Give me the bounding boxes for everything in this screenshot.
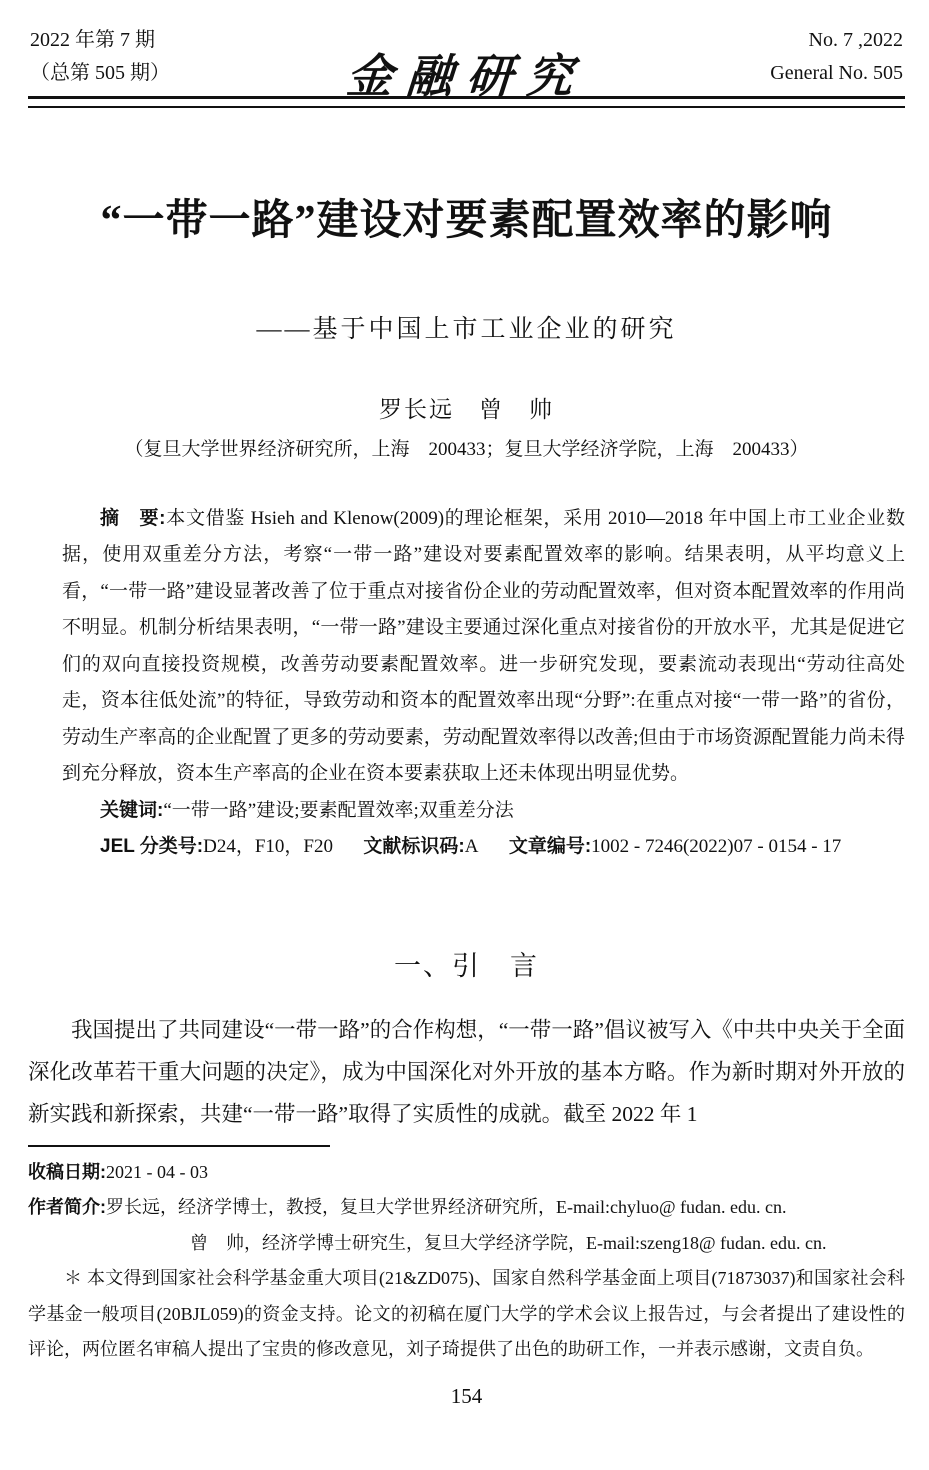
jel-label: JEL 分类号: xyxy=(100,836,203,857)
section-heading-introduction: 一、引 言 xyxy=(28,944,905,983)
abstract-paragraph: 摘 要:本文借鉴 Hsieh and Klenow(2009)的理论框架，采用 … xyxy=(62,501,905,793)
issue-general-number-en: General No. 505 xyxy=(770,57,903,90)
author-bio-label: 作者简介: xyxy=(28,1197,106,1217)
abstract-block: 摘 要:本文借鉴 Hsieh and Klenow(2009)的理论框架，采用 … xyxy=(62,501,905,866)
keywords-label: 关键词: xyxy=(100,800,163,821)
footnote-divider xyxy=(28,1145,330,1147)
article-title: “一带一路”建设对要素配置效率的影响 xyxy=(28,194,905,249)
footnote-area: 收稿日期:2021 - 04 - 03 作者简介:罗长远，经济学博士，教授，复旦… xyxy=(28,1145,905,1368)
introduction-body: 我国提出了共同建设“一带一路”的合作构想，“一带一路”倡议被写入《中共中央关于全… xyxy=(28,1009,905,1135)
funding-acknowledgement: ＊ 本文得到国家社会科学基金重大项目(21&ZD075)、国家自然科学基金面上项… xyxy=(28,1261,905,1368)
author-bio-line-2: 曾 帅，经济学博士研究生，复旦大学经济学院，E-mail:szeng18@ fu… xyxy=(28,1226,905,1262)
jel-line: JEL 分类号:D24，F10，F20文献标识码:A文章编号:1002 - 72… xyxy=(62,829,905,866)
author-bio-line-1: 作者简介:罗长远，经济学博士，教授，复旦大学世界经济研究所，E-mail:chy… xyxy=(28,1190,905,1226)
doc-code-label: 文献标识码: xyxy=(363,836,464,857)
received-date-label: 收稿日期: xyxy=(28,1162,106,1182)
article-no-value: 1002 - 7246(2022)07 - 0154 - 17 xyxy=(591,836,841,857)
article-no-label: 文章编号: xyxy=(509,836,591,857)
author-bio-text-1: 罗长远，经济学博士，教授，复旦大学世界经济研究所，E-mail:chyluo@ … xyxy=(106,1197,787,1217)
page-number: 154 xyxy=(28,1384,905,1409)
abstract-text: 本文借鉴 Hsieh and Klenow(2009)的理论框架，采用 2010… xyxy=(62,508,905,785)
doc-code-value: A xyxy=(465,836,479,857)
abstract-label: 摘 要: xyxy=(100,508,166,529)
received-date-line: 收稿日期:2021 - 04 - 03 xyxy=(28,1155,905,1191)
affiliation: （复旦大学世界经济研究所，上海 200433；复旦大学经济学院，上海 20043… xyxy=(28,434,905,461)
authors: 罗长远 曾 帅 xyxy=(28,391,905,424)
intro-paragraph: 我国提出了共同建设“一带一路”的合作构想，“一带一路”倡议被写入《中共中央关于全… xyxy=(28,1009,905,1135)
issue-info-en: No. 7 ,2022 General No. 505 xyxy=(770,24,903,90)
journal-page: 2022 年第 7 期 （总第 505 期） 金融研究 No. 7 ,2022 … xyxy=(0,0,929,1470)
keywords-text: “一带一路”建设;要素配置效率;双重差分法 xyxy=(163,800,513,821)
journal-header: 2022 年第 7 期 （总第 505 期） 金融研究 No. 7 ,2022 … xyxy=(28,24,905,94)
article-subtitle: ——基于中国上市工业企业的研究 xyxy=(28,309,905,345)
received-date-value: 2021 - 04 - 03 xyxy=(106,1162,208,1182)
jel-value: D24，F10，F20 xyxy=(203,836,333,857)
keywords-line: 关键词:“一带一路”建设;要素配置效率;双重差分法 xyxy=(62,793,905,830)
issue-year-number: 2022 年第 7 期 xyxy=(30,24,170,57)
issue-number-en: No. 7 ,2022 xyxy=(770,24,903,57)
